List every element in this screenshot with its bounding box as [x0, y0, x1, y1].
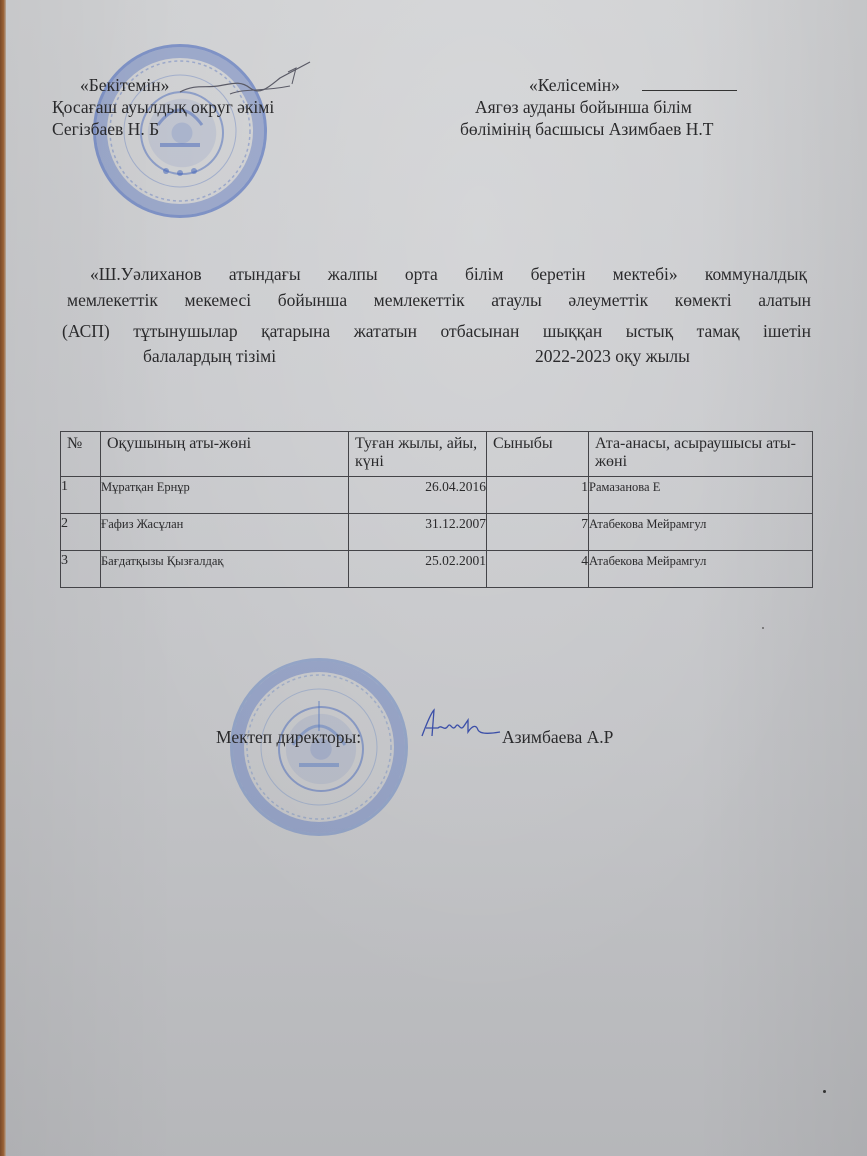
- agreement-role: Аягөз ауданы бойынша білім: [475, 96, 692, 118]
- cell-grade: 1: [487, 477, 589, 514]
- heading-line-3: (АСП) тұтынушылар қатарына жататын отбас…: [62, 320, 811, 342]
- agreement-signature-line: [642, 90, 737, 91]
- heading-line-4-left: балалардың тізімі: [143, 345, 276, 367]
- header-student-name: Оқушының аты-жөні: [101, 432, 349, 477]
- cell-grade: 4: [487, 551, 589, 588]
- approval-name: Сегізбаев Н. Б: [52, 118, 159, 140]
- header-num: №: [61, 432, 101, 477]
- cell-parent-name: Атабекова Мейрамгул: [589, 514, 813, 551]
- cell-num: 2: [61, 514, 101, 551]
- header-grade: Сыныбы: [487, 432, 589, 477]
- cell-birth-date: 26.04.2016: [349, 477, 487, 514]
- agreement-name: бөлімінің басшысы Азимбаев Н.Т: [460, 118, 714, 140]
- cell-parent-name: Атабекова Мейрамгул: [589, 551, 813, 588]
- cell-num: 3: [61, 551, 101, 588]
- cell-student-name: Ғафиз Жасұлан: [101, 514, 349, 551]
- signature-director-icon: [418, 706, 503, 746]
- header-parent-name: Ата-анасы, асыраушысы аты-жөні: [589, 432, 813, 477]
- cell-student-name: Бағдатқызы Қызғалдақ: [101, 551, 349, 588]
- students-table: № Оқушының аты-жөні Туған жылы, айы, күн…: [60, 431, 813, 588]
- table-header-row: № Оқушының аты-жөні Туған жылы, айы, күн…: [61, 432, 813, 477]
- cell-birth-date: 25.02.2001: [349, 551, 487, 588]
- cell-grade: 7: [487, 514, 589, 551]
- cell-birth-date: 31.12.2007: [349, 514, 487, 551]
- paper-speck: [823, 1090, 826, 1093]
- table-row: 1 Мұратқан Ернұр 26.04.2016 1 Рамазанова…: [61, 477, 813, 514]
- cell-parent-name: Рамазанова Е: [589, 477, 813, 514]
- heading-line-1: «Ш.Уәлиханов атындағы жалпы орта білім б…: [90, 263, 807, 285]
- table-row: 3 Бағдатқызы Қызғалдақ 25.02.2001 4 Атаб…: [61, 551, 813, 588]
- table-row: 2 Ғафиз Жасұлан 31.12.2007 7 Атабекова М…: [61, 514, 813, 551]
- heading-line-2: мемлекеттік мекемесі бойынша мемлекеттік…: [67, 289, 811, 311]
- director-label: Мектеп директоры:: [216, 726, 361, 748]
- agreement-title: «Келісемін»: [529, 74, 620, 96]
- director-name: Азимбаева А.Р: [502, 726, 613, 748]
- heading-school-year: 2022-2023 оқу жылы: [535, 345, 690, 367]
- cell-num: 1: [61, 477, 101, 514]
- approval-title: «Бекітемін»: [80, 74, 169, 96]
- signature-akim-icon: [170, 58, 320, 108]
- header-birth-date: Туған жылы, айы, күні: [349, 432, 487, 477]
- cell-student-name: Мұратқан Ернұр: [101, 477, 349, 514]
- paper-speck: [762, 627, 764, 629]
